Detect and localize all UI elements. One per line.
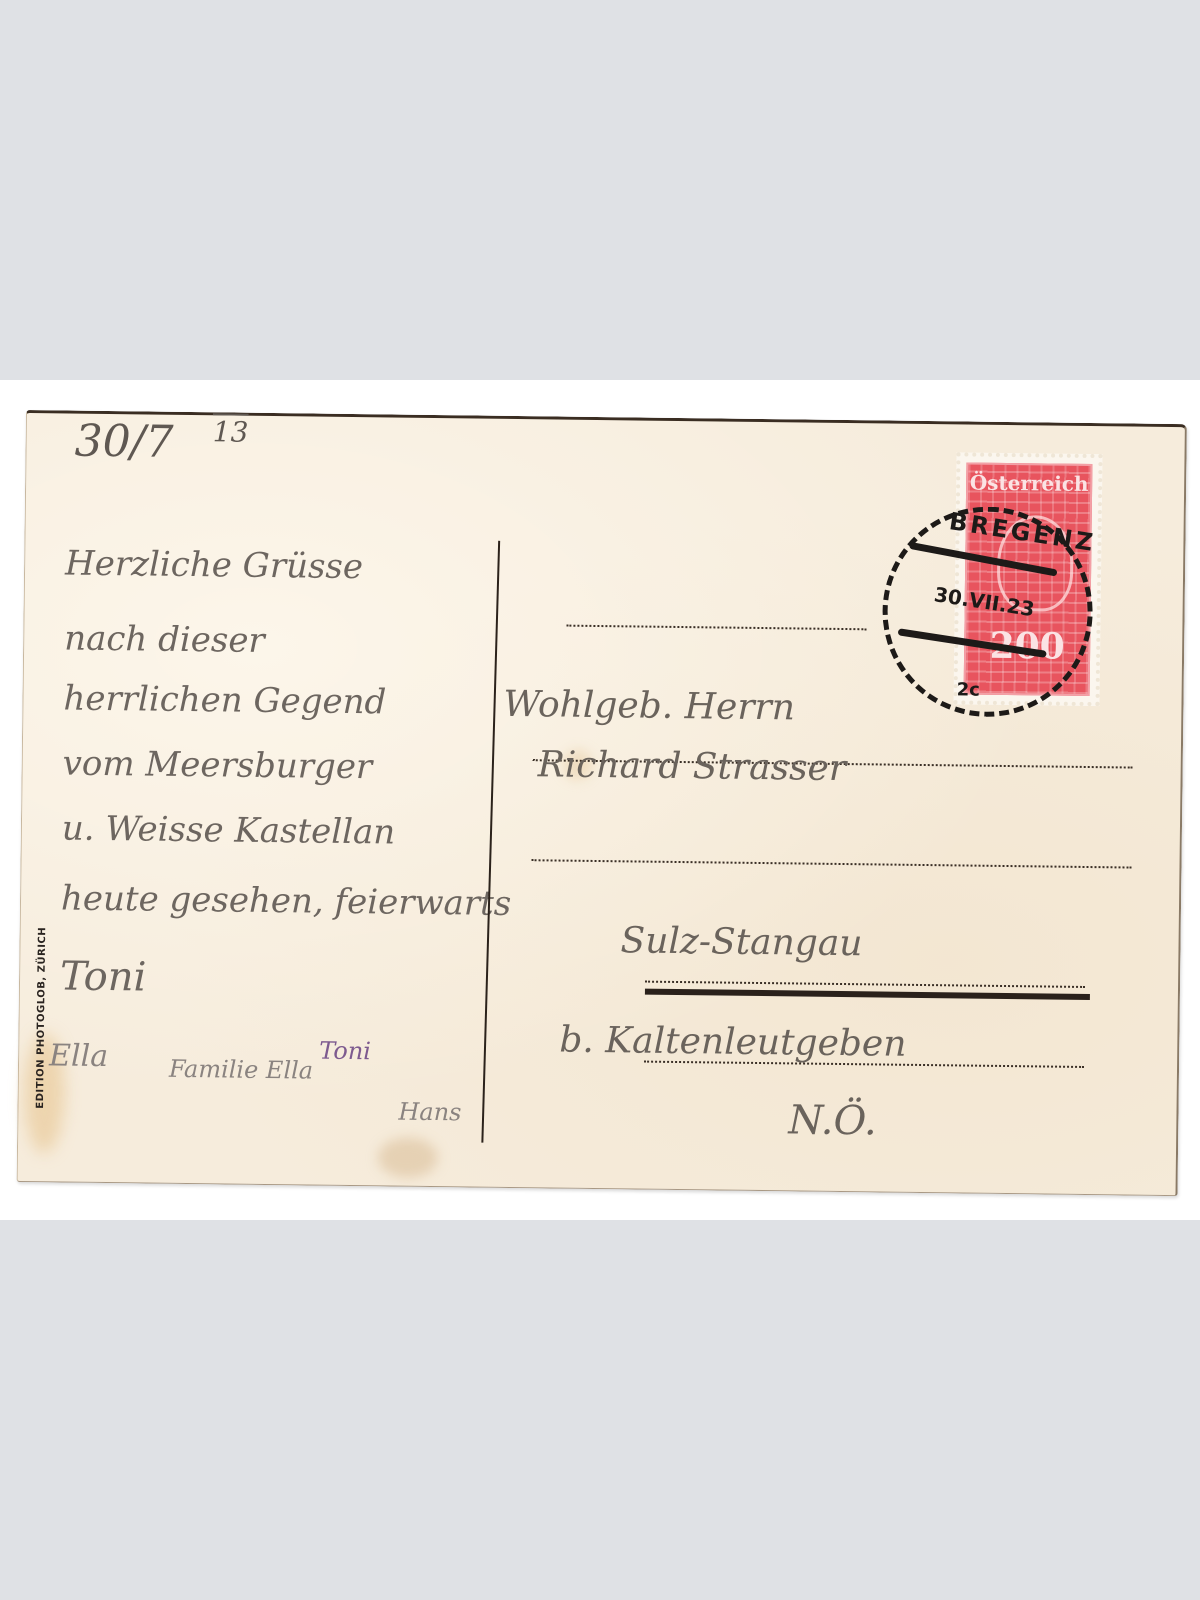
message-line: vom Meersburger <box>62 743 372 787</box>
message-line: Herzliche Grüsse <box>65 543 363 587</box>
recipient-line-4: b. Kaltenleutgeben <box>559 1020 907 1065</box>
address-underline-bar <box>645 989 1090 1000</box>
recipient-line-2: Richard Strasser <box>537 744 846 789</box>
recipient-line-1: Wohlgeb. Herrn <box>503 684 795 729</box>
paper-stain <box>378 1137 438 1178</box>
stamp-country: Österreich <box>968 471 1090 496</box>
recipient-line-3: Sulz-Stangau <box>620 920 862 964</box>
message-line: nach dieser <box>64 618 265 660</box>
address-line <box>566 625 866 631</box>
signature: Ella <box>49 1038 108 1074</box>
postmark-bar <box>898 628 1047 658</box>
message-line: u. Weisse Kastellan <box>62 808 396 852</box>
address-line <box>532 859 1132 868</box>
message-signature: Toni <box>60 953 147 1000</box>
date-written: 30/7 <box>74 416 173 468</box>
signature: Familie Ella <box>169 1055 313 1085</box>
recipient-line-5: N.Ö. <box>788 1097 877 1144</box>
message-line: heute gesehen, feierwarts <box>61 878 512 923</box>
postmark-code: 2c <box>957 679 980 700</box>
divider-line <box>481 541 500 1143</box>
signature: Hans <box>398 1098 461 1127</box>
date-year: 13 <box>213 415 249 448</box>
postcard: EDITION PHOTOGLOB, ZÜRICH 30/7 13 Herzli… <box>17 410 1187 1196</box>
message-line: herrlichen Gegend <box>63 678 386 722</box>
postmark-date: 30.VII.23 <box>932 582 1036 621</box>
address-line <box>645 981 1085 988</box>
publisher-imprint: EDITION PHOTOGLOB, ZÜRICH <box>35 949 48 1109</box>
signature: Toni <box>319 1037 371 1066</box>
